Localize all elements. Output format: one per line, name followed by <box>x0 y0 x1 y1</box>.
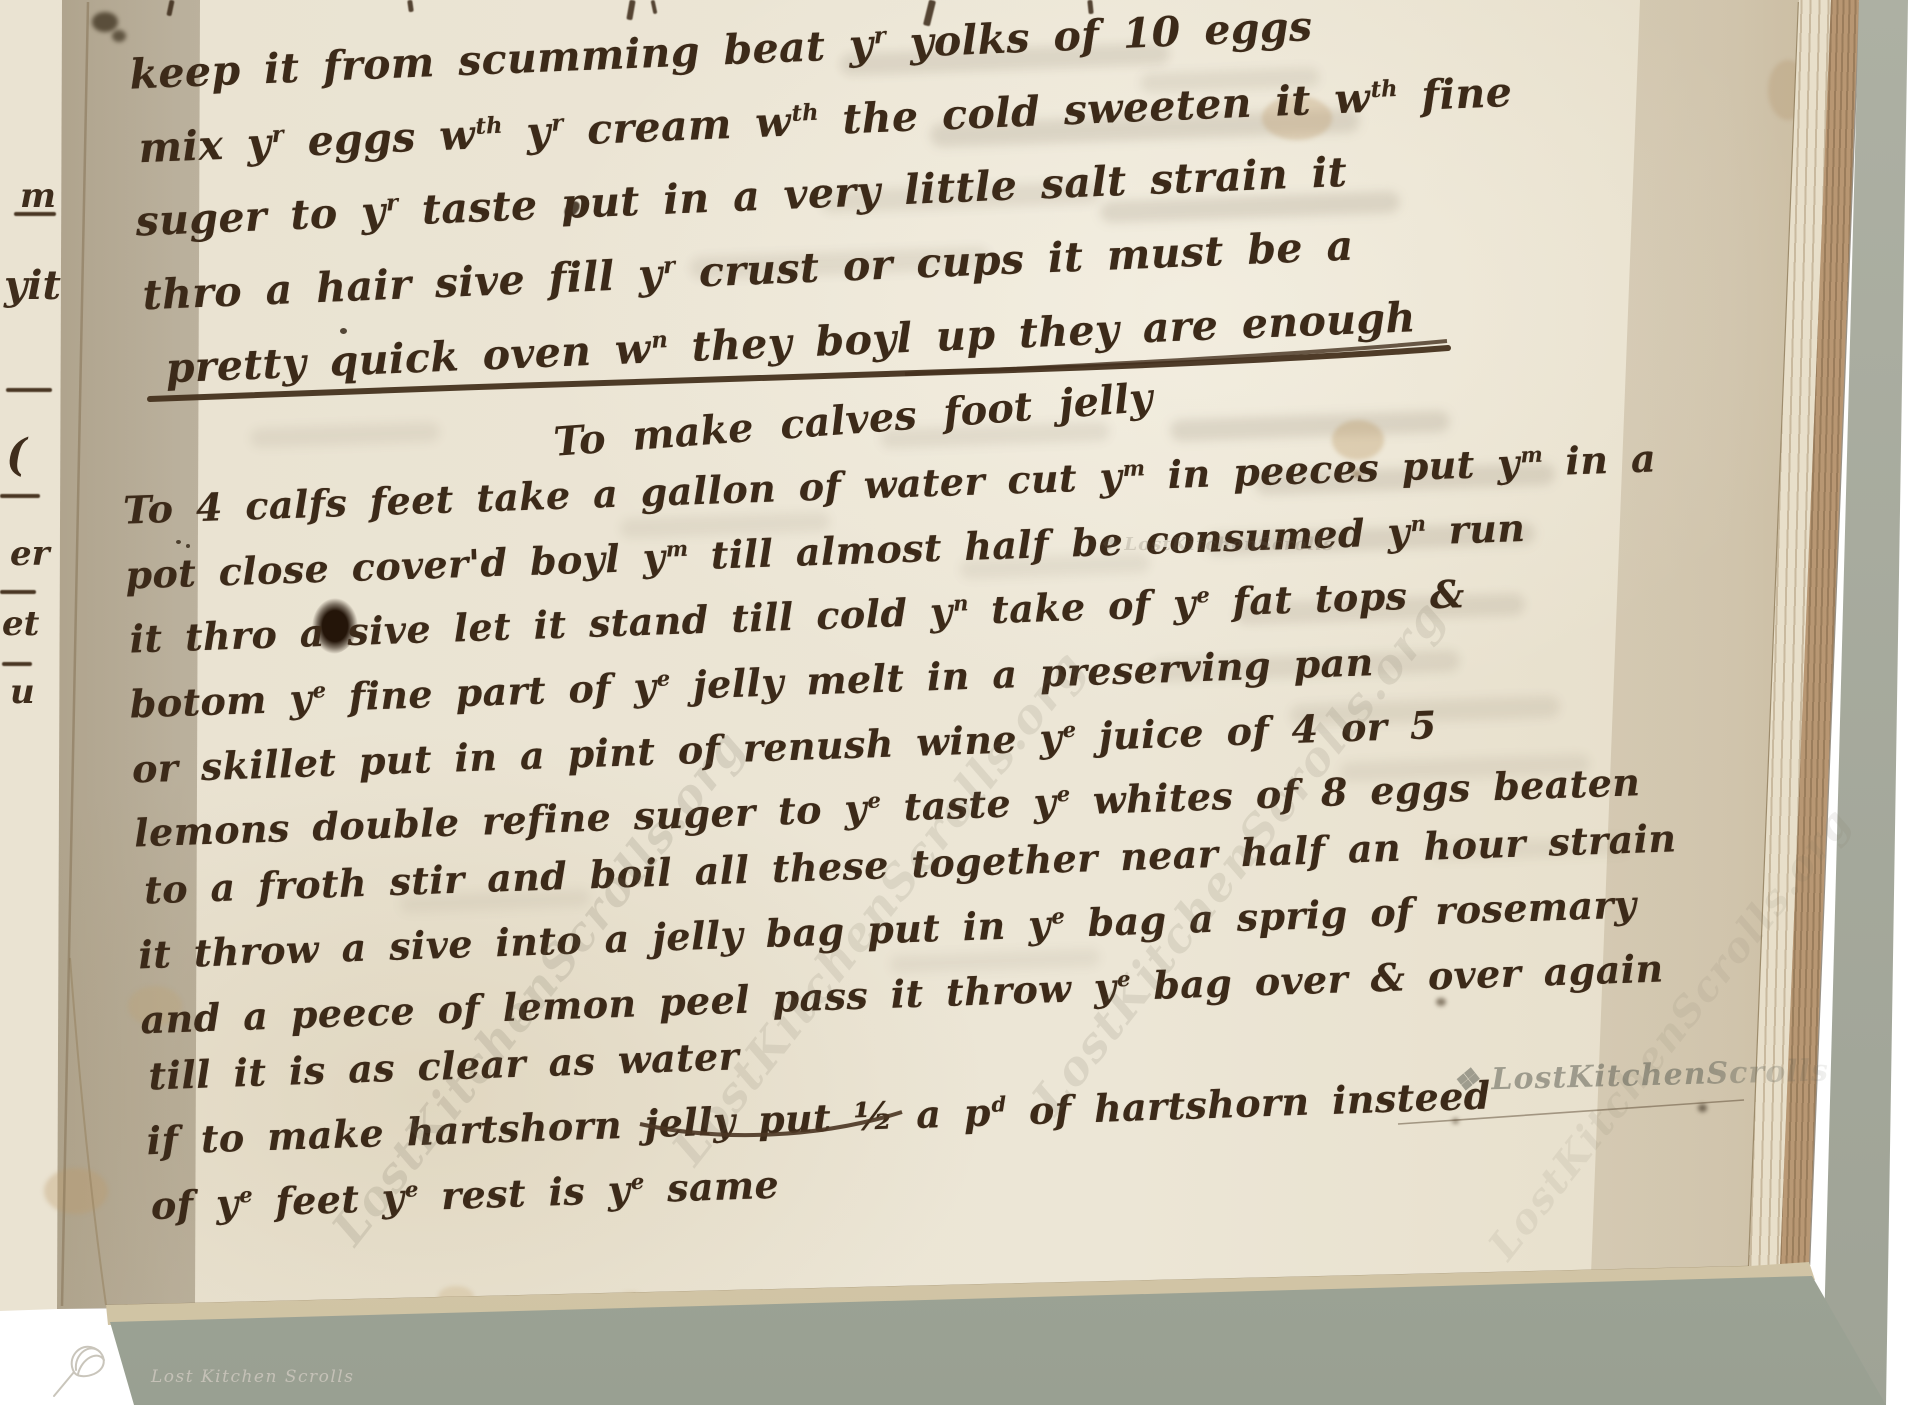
inline-watermark: ❖ LostKitchenScrolls <box>1100 534 1334 555</box>
watermark-mark-icon: ❖ <box>1100 534 1117 555</box>
manuscript-photo: m yit ( er et u <box>0 0 1920 1405</box>
logo-label: Lost Kitchen Scrolls <box>151 1367 354 1387</box>
site-logo: Lost Kitchen Scrolls <box>46 1330 354 1405</box>
page-lines-overlay <box>0 0 1920 1405</box>
whisk-icon <box>46 1330 141 1405</box>
watermark-mark-icon: ❖ <box>1452 1063 1481 1099</box>
